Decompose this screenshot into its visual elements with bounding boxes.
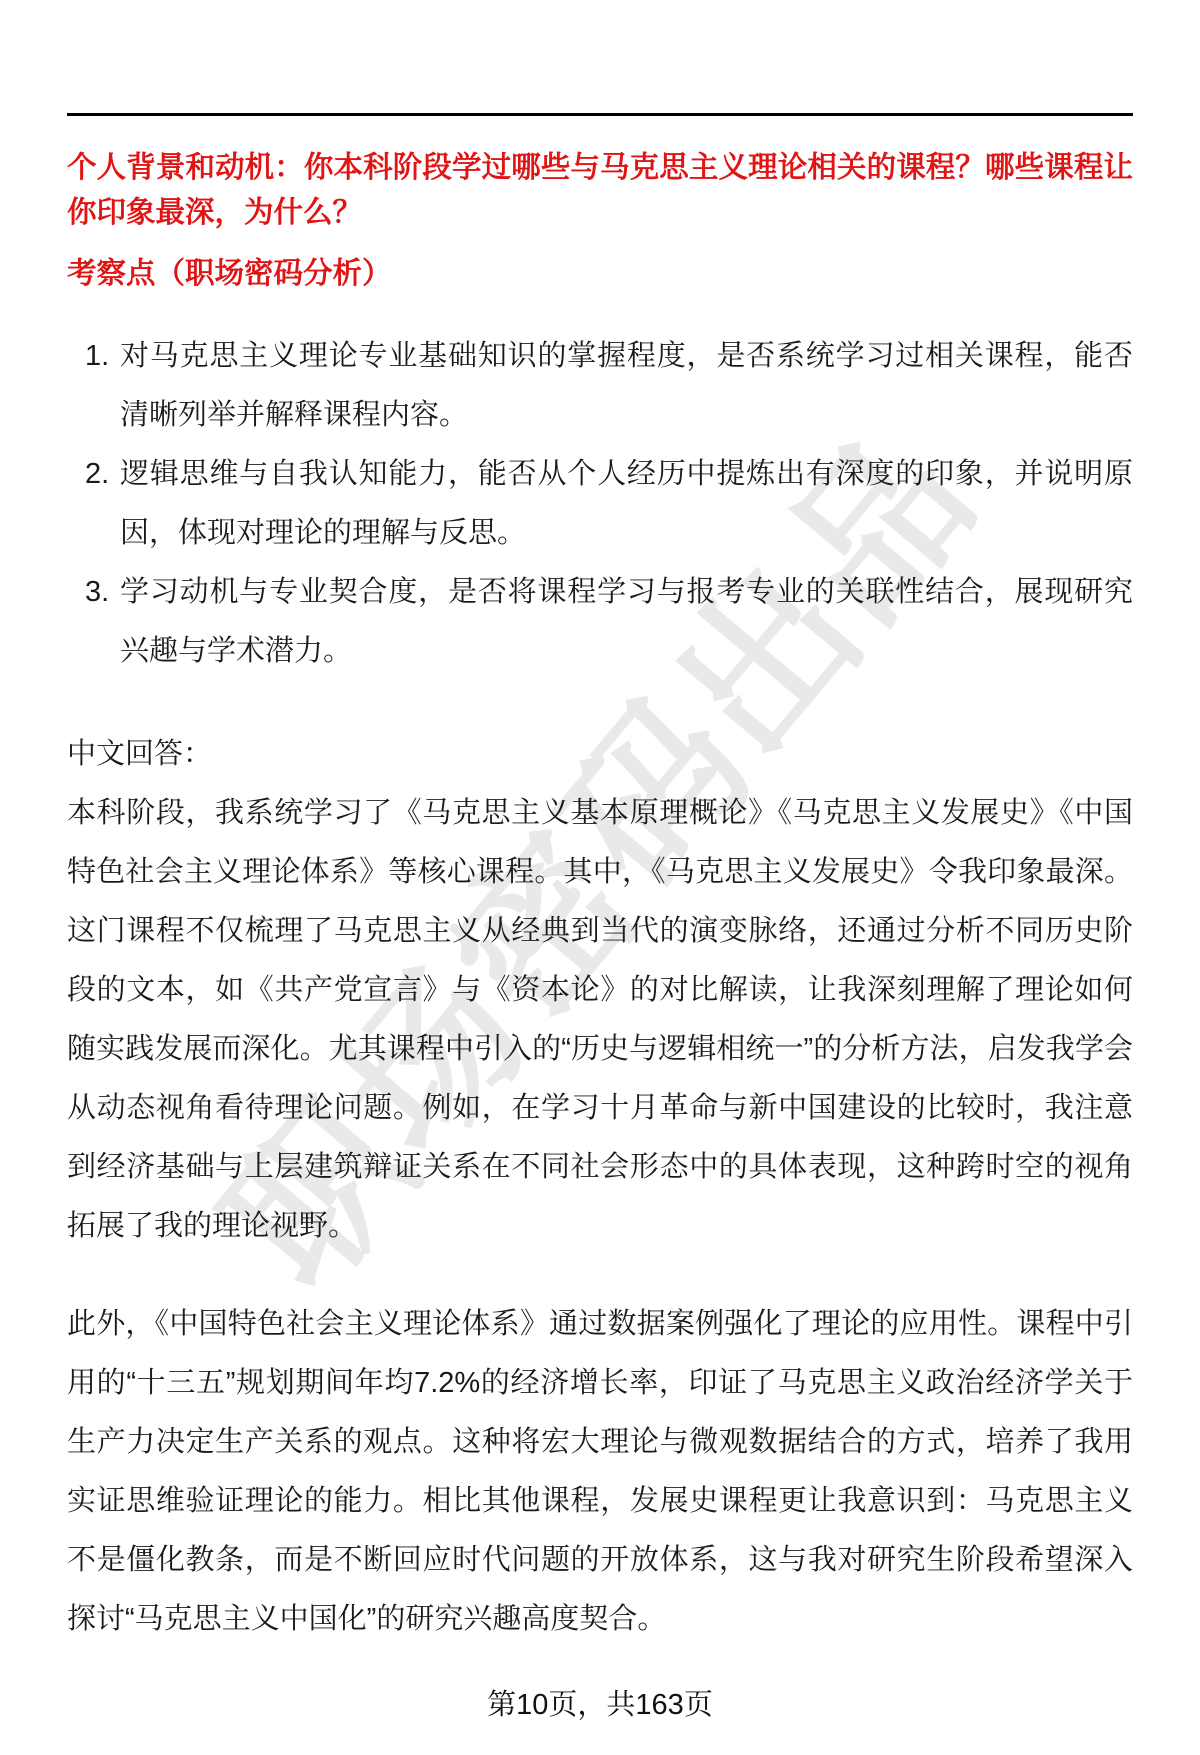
list-item-text: 学习动机与专业契合度，是否将课程学习与报考专业的关联性结合，展现研究兴趣与学术潜… [120,563,1133,681]
list-item: 2. 逻辑思维与自我认知能力，能否从个人经历中提炼出有深度的印象，并说明原因，体… [67,445,1133,563]
page-number-footer: 第10页，共163页 [0,1676,1200,1735]
list-item-text: 对马克思主义理论专业基础知识的掌握程度，是否系统学习过相关课程，能否清晰列举并解… [120,327,1133,445]
list-item-number: 1. [67,327,120,386]
list-item-number: 3. [67,563,120,622]
answer-paragraph-1: 本科阶段，我系统学习了《马克思主义基本原理概论》《马克思主义发展史》《中国特色社… [67,784,1133,1256]
examine-points-list: 1. 对马克思主义理论专业基础知识的掌握程度，是否系统学习过相关课程，能否清晰列… [67,327,1133,681]
list-item: 3. 学习动机与专业契合度，是否将课程学习与报考专业的关联性结合，展现研究兴趣与… [67,563,1133,681]
answer-language-label: 中文回答： [67,725,1133,784]
section-heading: 考察点（职场密码分析） [67,254,1133,294]
top-rule [67,113,1133,116]
question-heading: 个人背景和动机：你本科阶段学过哪些与马克思主义理论相关的课程？哪些课程让你印象最… [67,145,1133,235]
list-item-number: 2. [67,445,120,504]
answer-section: 中文回答： 本科阶段，我系统学习了《马克思主义基本原理概论》《马克思主义发展史》… [67,725,1133,1256]
answer-paragraph-2: 此外，《中国特色社会主义理论体系》通过数据案例强化了理论的应用性。课程中引用的“… [67,1295,1133,1649]
document-page: 个人背景和动机：你本科阶段学过哪些与马克思主义理论相关的课程？哪些课程让你印象最… [0,113,1200,1649]
list-item-text: 逻辑思维与自我认知能力，能否从个人经历中提炼出有深度的印象，并说明原因，体现对理… [120,445,1133,563]
list-item: 1. 对马克思主义理论专业基础知识的掌握程度，是否系统学习过相关课程，能否清晰列… [67,327,1133,445]
